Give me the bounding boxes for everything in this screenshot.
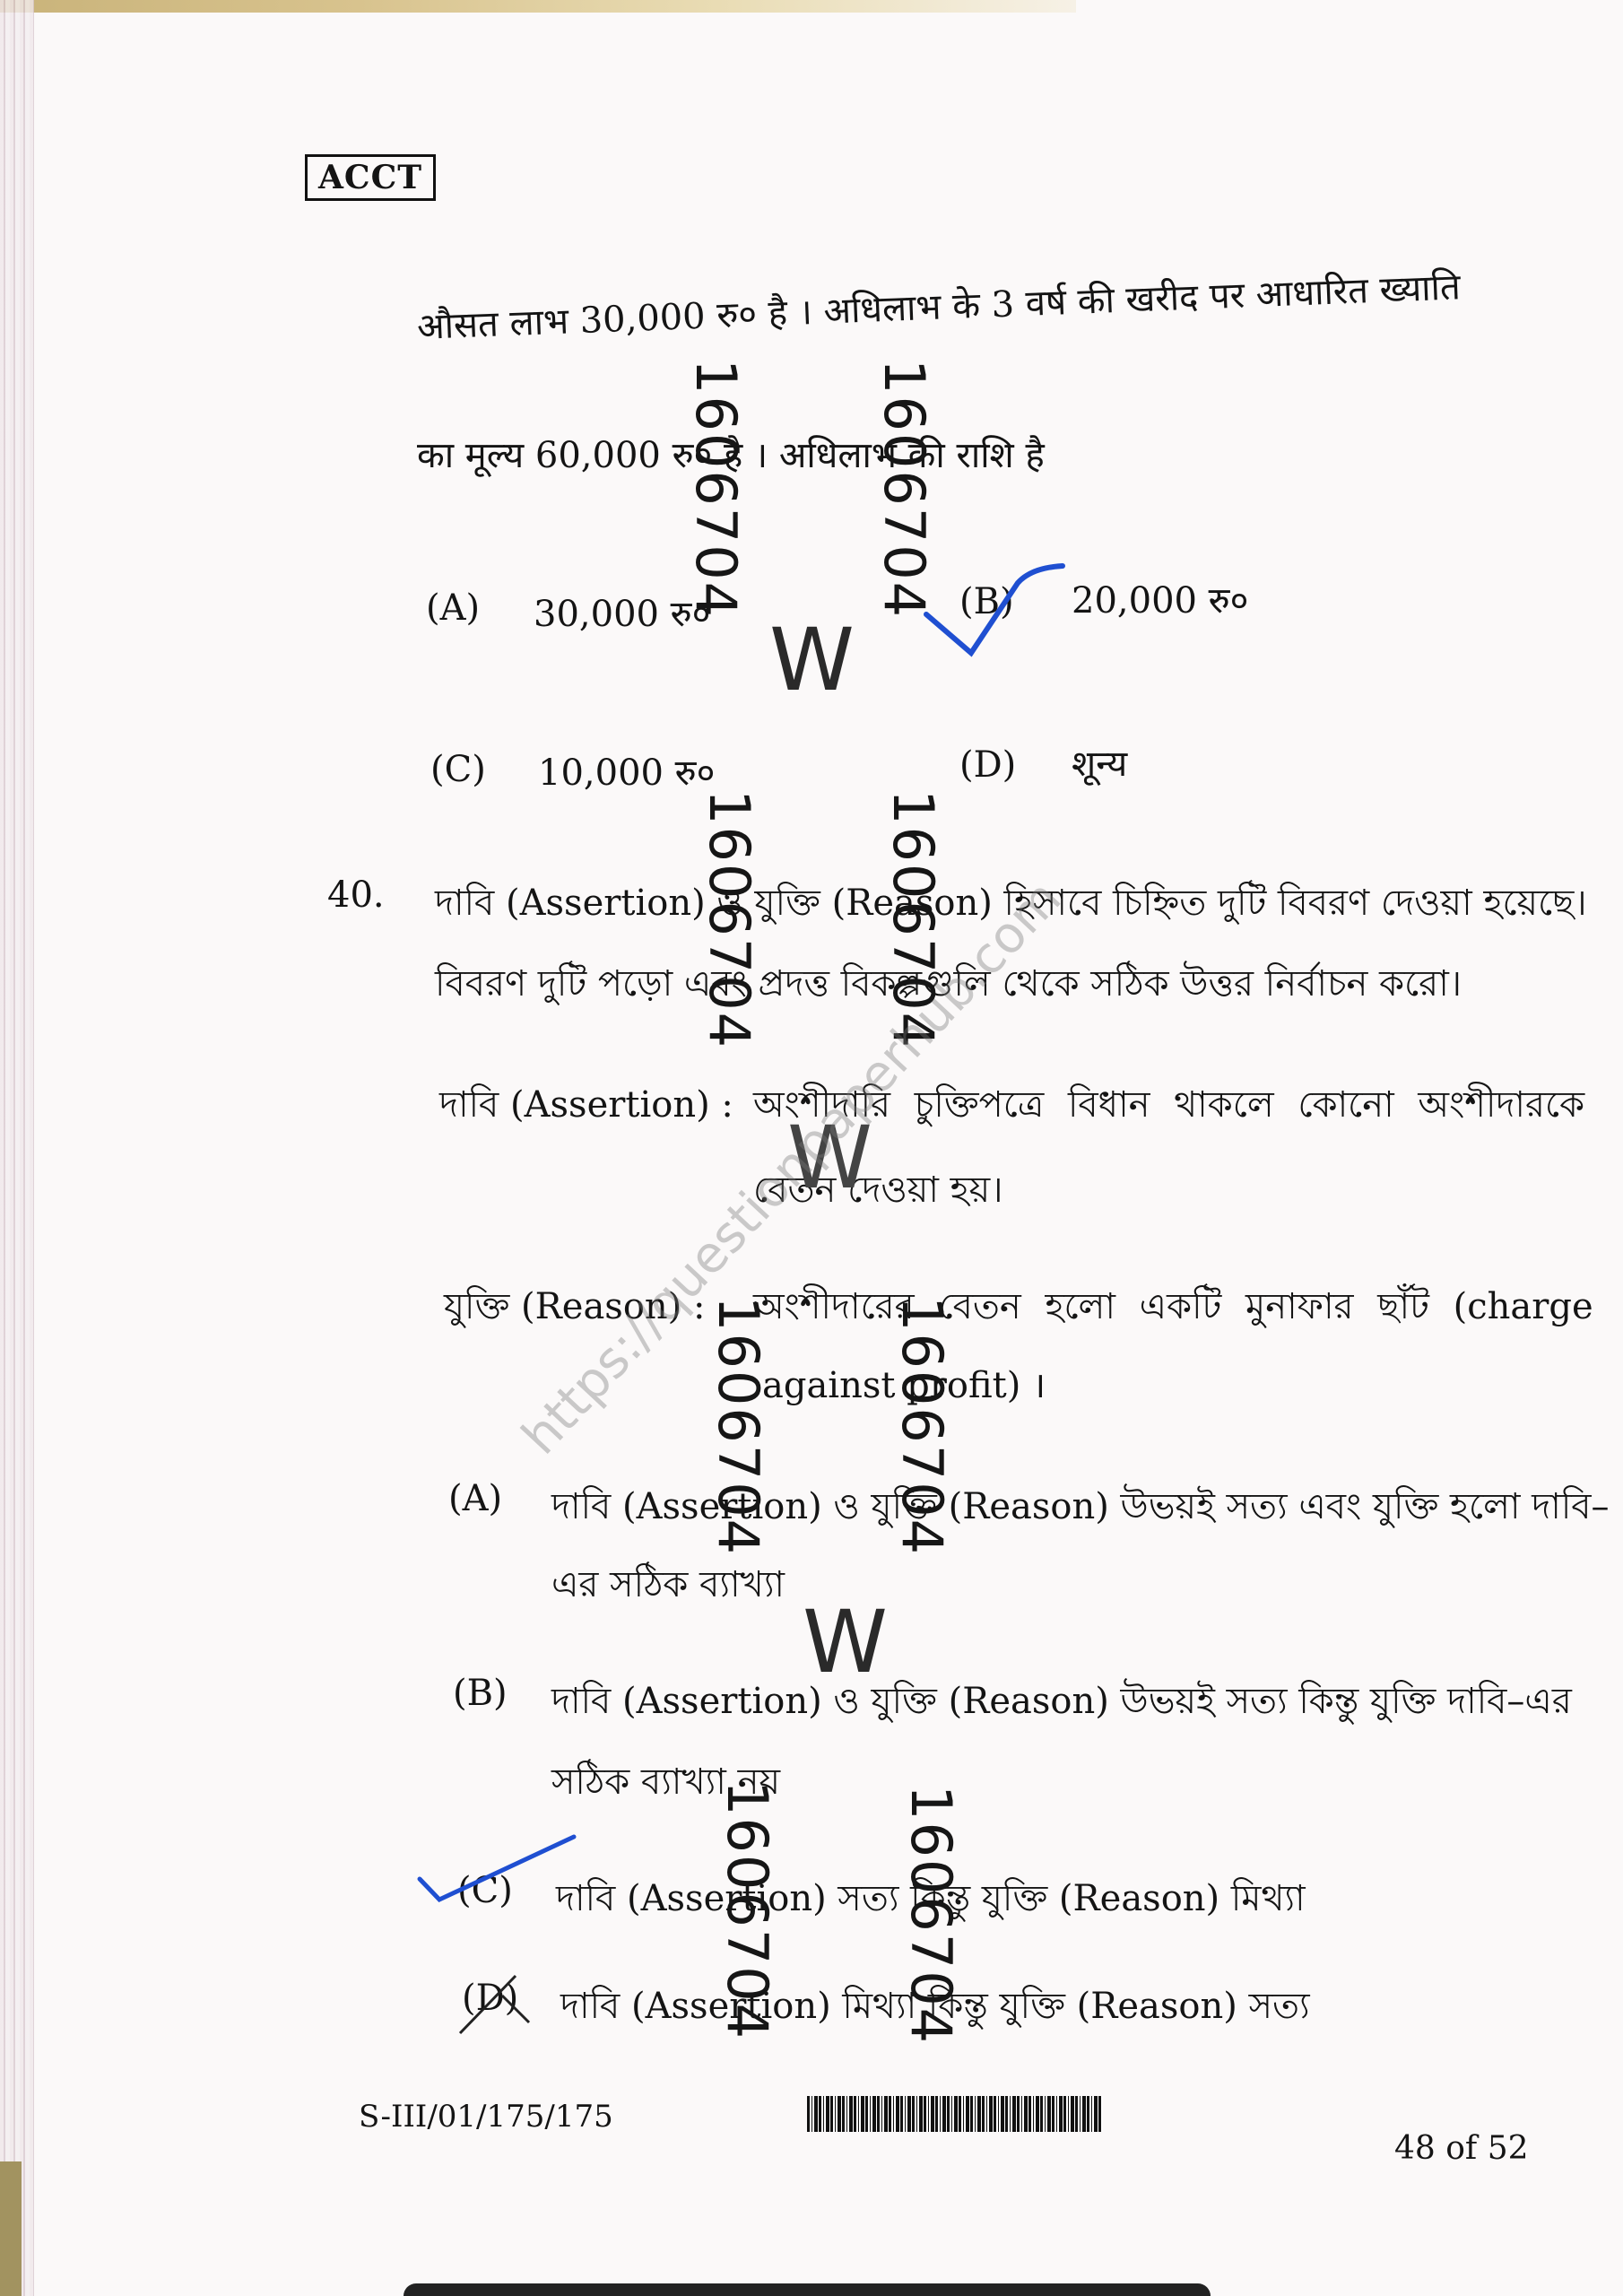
- q40-option-a-label: (A): [448, 1478, 502, 1519]
- assertion-label: দাবি (Assertion) :: [439, 1076, 733, 1136]
- roll-watermark: 1606704: [898, 1785, 964, 2045]
- tick-mark-icon: [919, 561, 1072, 659]
- q39-option-d-text: शून्य: [1072, 737, 1127, 787]
- subject-code-box: ACCT: [305, 154, 436, 201]
- page-top-edge: [0, 0, 1076, 13]
- w-watermark: W: [803, 1592, 888, 1692]
- paper-code: S-III/01/175/175: [359, 2099, 613, 2135]
- roll-watermark: 1606704: [890, 1296, 955, 1556]
- page-indicator: 48 of 52: [1394, 2130, 1529, 2167]
- barcode: [807, 2096, 1103, 2132]
- q40-option-b-line1: দাবি (Assertion) ও যুক্তি (Reason) উভয়ই…: [551, 1673, 1572, 1733]
- roll-watermark: 1606704: [872, 359, 937, 619]
- q40-number: 40.: [327, 874, 385, 916]
- cross-mark-icon: [453, 1969, 534, 2040]
- roll-watermark: 1606704: [715, 1780, 780, 2040]
- roll-watermark: 1606704: [706, 1296, 771, 1556]
- page-bottom-edge: [404, 2283, 1211, 2296]
- reason-line1: অংশীদারের বেতন হলো একটি মুনাফার ছাঁট (ch…: [753, 1278, 1593, 1338]
- q39-option-b-text: 20,000 रु०: [1072, 574, 1248, 623]
- q39-option-c-label: (C): [430, 749, 486, 790]
- tick-mark-icon: [412, 1830, 583, 1928]
- roll-watermark: 1606704: [683, 359, 749, 619]
- roll-watermark: 1606704: [697, 789, 762, 1049]
- w-watermark: W: [769, 610, 855, 710]
- q39-text-line1: औसत लाभ 30,000 रु० है । अधिलाभ के 3 वर्ष…: [416, 260, 1462, 350]
- stacked-pages-edge: [0, 0, 34, 2296]
- q39-option-c-text: 10,000 रु०: [538, 746, 715, 796]
- q39-option-a-label: (A): [426, 587, 480, 629]
- q40-option-a-line2: এর সঠিক ব্যাখ্যা: [551, 1556, 785, 1616]
- q39-option-d-label: (D): [959, 744, 1016, 786]
- q40-option-b-label: (B): [453, 1673, 508, 1714]
